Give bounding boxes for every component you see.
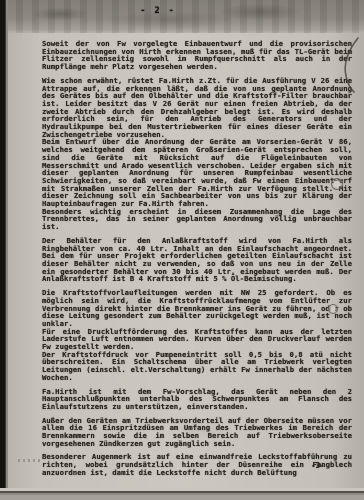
paragraph: Für eine Druckluftförderung des Kraftsto… (42, 328, 352, 351)
paragraph: Besonders wichtig erscheint in diesem Zu… (42, 208, 352, 231)
paragraph: Die Kraftstoffvorlaufleitungen werden mi… (42, 289, 352, 328)
paragraph: Soweit der von Fw vorgelegte Einbauentwu… (42, 40, 352, 71)
punch-hole-mark (331, 178, 343, 190)
punch-hole-mark (328, 304, 338, 314)
paragraph: Fa.Hirth ist mit dem Fw-Vorschlag, das G… (42, 388, 352, 411)
paragraph: Beim Entwurf über die Anordnung der Gerä… (42, 138, 352, 207)
page-number-header: - 2 - (140, 6, 176, 16)
bottom-fold-line (0, 488, 364, 500)
scanned-document-page: - 2 - Soweit der von Fw vorgelegte Einba… (0, 0, 364, 500)
top-scan-band (0, 0, 364, 33)
pen-stroke-mark (336, 36, 362, 94)
paragraph: Außer den Geräten am Triebwerksvordertei… (42, 417, 352, 448)
paragraph: Der Behälter für den Anlaßkraftstoff wir… (42, 237, 352, 283)
page-number-footer: -3- (311, 461, 325, 470)
scan-noise-dots (18, 459, 40, 462)
document-body: Soweit der von Fw vorgelegte Einbauentwu… (42, 40, 352, 477)
paragraph: Wie schon erwähnt, rüstet Fa.Hirth z.Zt.… (42, 77, 352, 139)
left-edge-shadow (0, 0, 8, 500)
paragraph: Der Kraftstoffdruck vor Pumpeneintritt s… (42, 351, 352, 382)
paragraph: Besonderer Augenmerk ist auf eine einwan… (42, 453, 352, 476)
